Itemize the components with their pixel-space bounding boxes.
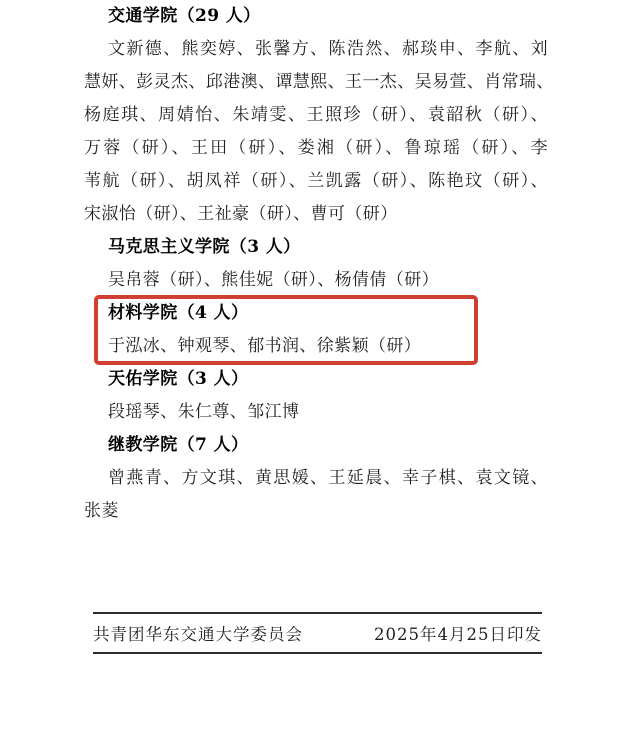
name-list-line: 万蓉（研）、王田（研）、娄湘（研）、鲁琼瑶（研）、李 <box>84 132 548 165</box>
name-list-line: 杨庭琪、周婧怡、朱靖雯、王照珍（研）、袁韶秋（研）、 <box>84 99 548 132</box>
document-body: 交通学院（29 人） 文新德、熊奕婷、张馨方、陈浩然、郝琰申、李航、刘 慧妍、彭… <box>84 0 548 528</box>
name-list-line: 曾燕青、方文琪、黄思媛、王延晨、幸子棋、袁文镜、 <box>84 462 548 495</box>
name-list-line: 宋淑怡（研）、王祉豪（研）、曹可（研） <box>84 198 548 231</box>
footer-divider-bottom <box>93 652 542 654</box>
section-heading: 天佑学院（3 人） <box>84 363 548 396</box>
document-footer: 共青团华东交通大学委员会 2025年4月25日印发 <box>93 614 542 652</box>
section-continuing-education-college: 继教学院（7 人） 曾燕青、方文琪、黄思媛、王延晨、幸子棋、袁文镜、 张菱 <box>84 429 548 528</box>
footer-issuer: 共青团华东交通大学委员会 <box>93 621 303 645</box>
section-heading: 材料学院（4 人） <box>84 297 548 330</box>
footer-print-date: 2025年4月25日印发 <box>374 621 542 645</box>
name-list-line: 吴帛蓉（研）、熊佳妮（研）、杨倩倩（研） <box>84 264 548 297</box>
section-marxism-college: 马克思主义学院（3 人） 吴帛蓉（研）、熊佳妮（研）、杨倩倩（研） <box>84 231 548 297</box>
name-list-line: 张菱 <box>84 495 548 528</box>
section-heading: 马克思主义学院（3 人） <box>84 231 548 264</box>
section-heading: 交通学院（29 人） <box>84 0 548 33</box>
section-heading: 继教学院（7 人） <box>84 429 548 462</box>
name-list-line: 苇航（研）、胡凤祥（研）、兰凯露（研）、陈艳玟（研）、 <box>84 165 548 198</box>
name-list-line: 于泓冰、钟观琴、郁书润、徐紫颖（研） <box>84 330 548 363</box>
name-list-line: 慧妍、彭灵杰、邱港澳、谭慧熙、王一杰、吴易萱、肖常瑞、 <box>84 66 548 99</box>
section-materials-college: 材料学院（4 人） 于泓冰、钟观琴、郁书润、徐紫颖（研） <box>84 297 548 363</box>
name-list-line: 段瑶琴、朱仁尊、邹江博 <box>84 396 548 429</box>
section-transportation-college: 交通学院（29 人） 文新德、熊奕婷、张馨方、陈浩然、郝琰申、李航、刘 慧妍、彭… <box>84 0 548 231</box>
section-tianyou-college: 天佑学院（3 人） 段瑶琴、朱仁尊、邹江博 <box>84 363 548 429</box>
name-list-line: 文新德、熊奕婷、张馨方、陈浩然、郝琰申、李航、刘 <box>84 33 548 66</box>
document-page: 交通学院（29 人） 文新德、熊奕婷、张馨方、陈浩然、郝琰申、李航、刘 慧妍、彭… <box>0 0 634 750</box>
